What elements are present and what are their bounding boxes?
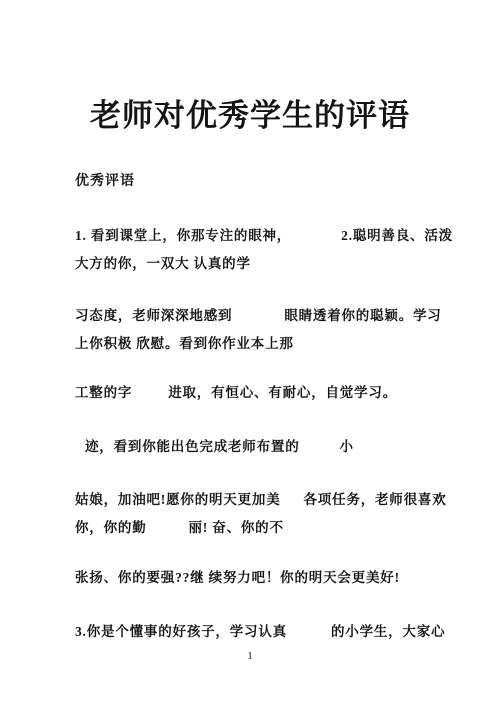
line-segment: 迹，看到你能出色完成老师布置的 xyxy=(85,439,300,454)
line-segment: 上你积极 欣慰。看到你作业本上那 xyxy=(75,336,294,351)
line-segment: 进取，有恒心、有耐心，自觉学习。 xyxy=(168,385,397,400)
column-gap xyxy=(291,236,341,237)
line-segment: 你，你的勤 xyxy=(75,520,147,535)
paragraph-line: 习态度，老师深深地感到眼睛透着你的聪颖。学习 xyxy=(75,304,442,324)
column-gap xyxy=(300,447,340,448)
paragraph-line: 你，你的勤丽! 奋、你的不 xyxy=(75,516,284,536)
paragraph-line: 1. 看到课堂上，你那专注的眼神，2.聪明善良、活泼 xyxy=(75,224,453,244)
paragraph-line: 工整的字进取，有恒心、有耐心，自觉学习。 xyxy=(75,381,397,401)
section-heading: 优秀评语 xyxy=(75,170,135,190)
line-segment: 工整的字 xyxy=(75,385,132,400)
paragraph-line: 3.你是个懂事的好孩子，学习认真的小学生，大家心 xyxy=(75,620,445,640)
line-segment: 1. 看到课堂上，你那专注的眼神， xyxy=(75,228,291,243)
column-gap xyxy=(281,500,304,501)
column-gap xyxy=(147,528,189,529)
paragraph-line: 上你积极 欣慰。看到你作业本上那 xyxy=(75,332,294,352)
paragraph-line: 迹，看到你能出色完成老师布置的小 xyxy=(85,435,354,455)
column-gap xyxy=(232,316,284,317)
paragraph-line: 大方的你，一双大 认真的学 xyxy=(75,252,251,272)
line-segment: 2.聪明善良、活泼 xyxy=(341,228,453,243)
column-gap xyxy=(287,632,331,633)
line-segment: 习态度，老师深深地感到 xyxy=(75,308,232,323)
line-segment: 丽! 奋、你的不 xyxy=(189,520,284,535)
line-segment: 小 xyxy=(340,439,354,454)
line-segment: 大方的你，一双大 认真的学 xyxy=(75,256,251,271)
column-gap xyxy=(132,393,168,394)
line-segment: 各项任务，老师很喜欢 xyxy=(304,492,447,507)
page-number: 1 xyxy=(0,650,500,662)
document-title: 老师对优秀学生的评语 xyxy=(0,90,500,135)
paragraph-line: 姑娘，加油吧!愿你的明天更加美各项任务，老师很喜欢 xyxy=(75,488,447,508)
line-segment: 张扬、你的要强??继 续努力吧！你的明天会更美好! xyxy=(75,570,400,585)
line-segment: 眼睛透着你的聪颖。学习 xyxy=(284,308,441,323)
paragraph-line: 张扬、你的要强??继 续努力吧！你的明天会更美好! xyxy=(75,566,400,586)
line-segment: 的小学生，大家心 xyxy=(331,624,445,639)
line-segment: 3.你是个懂事的好孩子，学习认真 xyxy=(75,624,287,639)
document-page: 老师对优秀学生的评语 优秀评语 1. 看到课堂上，你那专注的眼神，2.聪明善良、… xyxy=(0,0,500,707)
line-segment: 姑娘，加油吧!愿你的明天更加美 xyxy=(75,492,281,507)
